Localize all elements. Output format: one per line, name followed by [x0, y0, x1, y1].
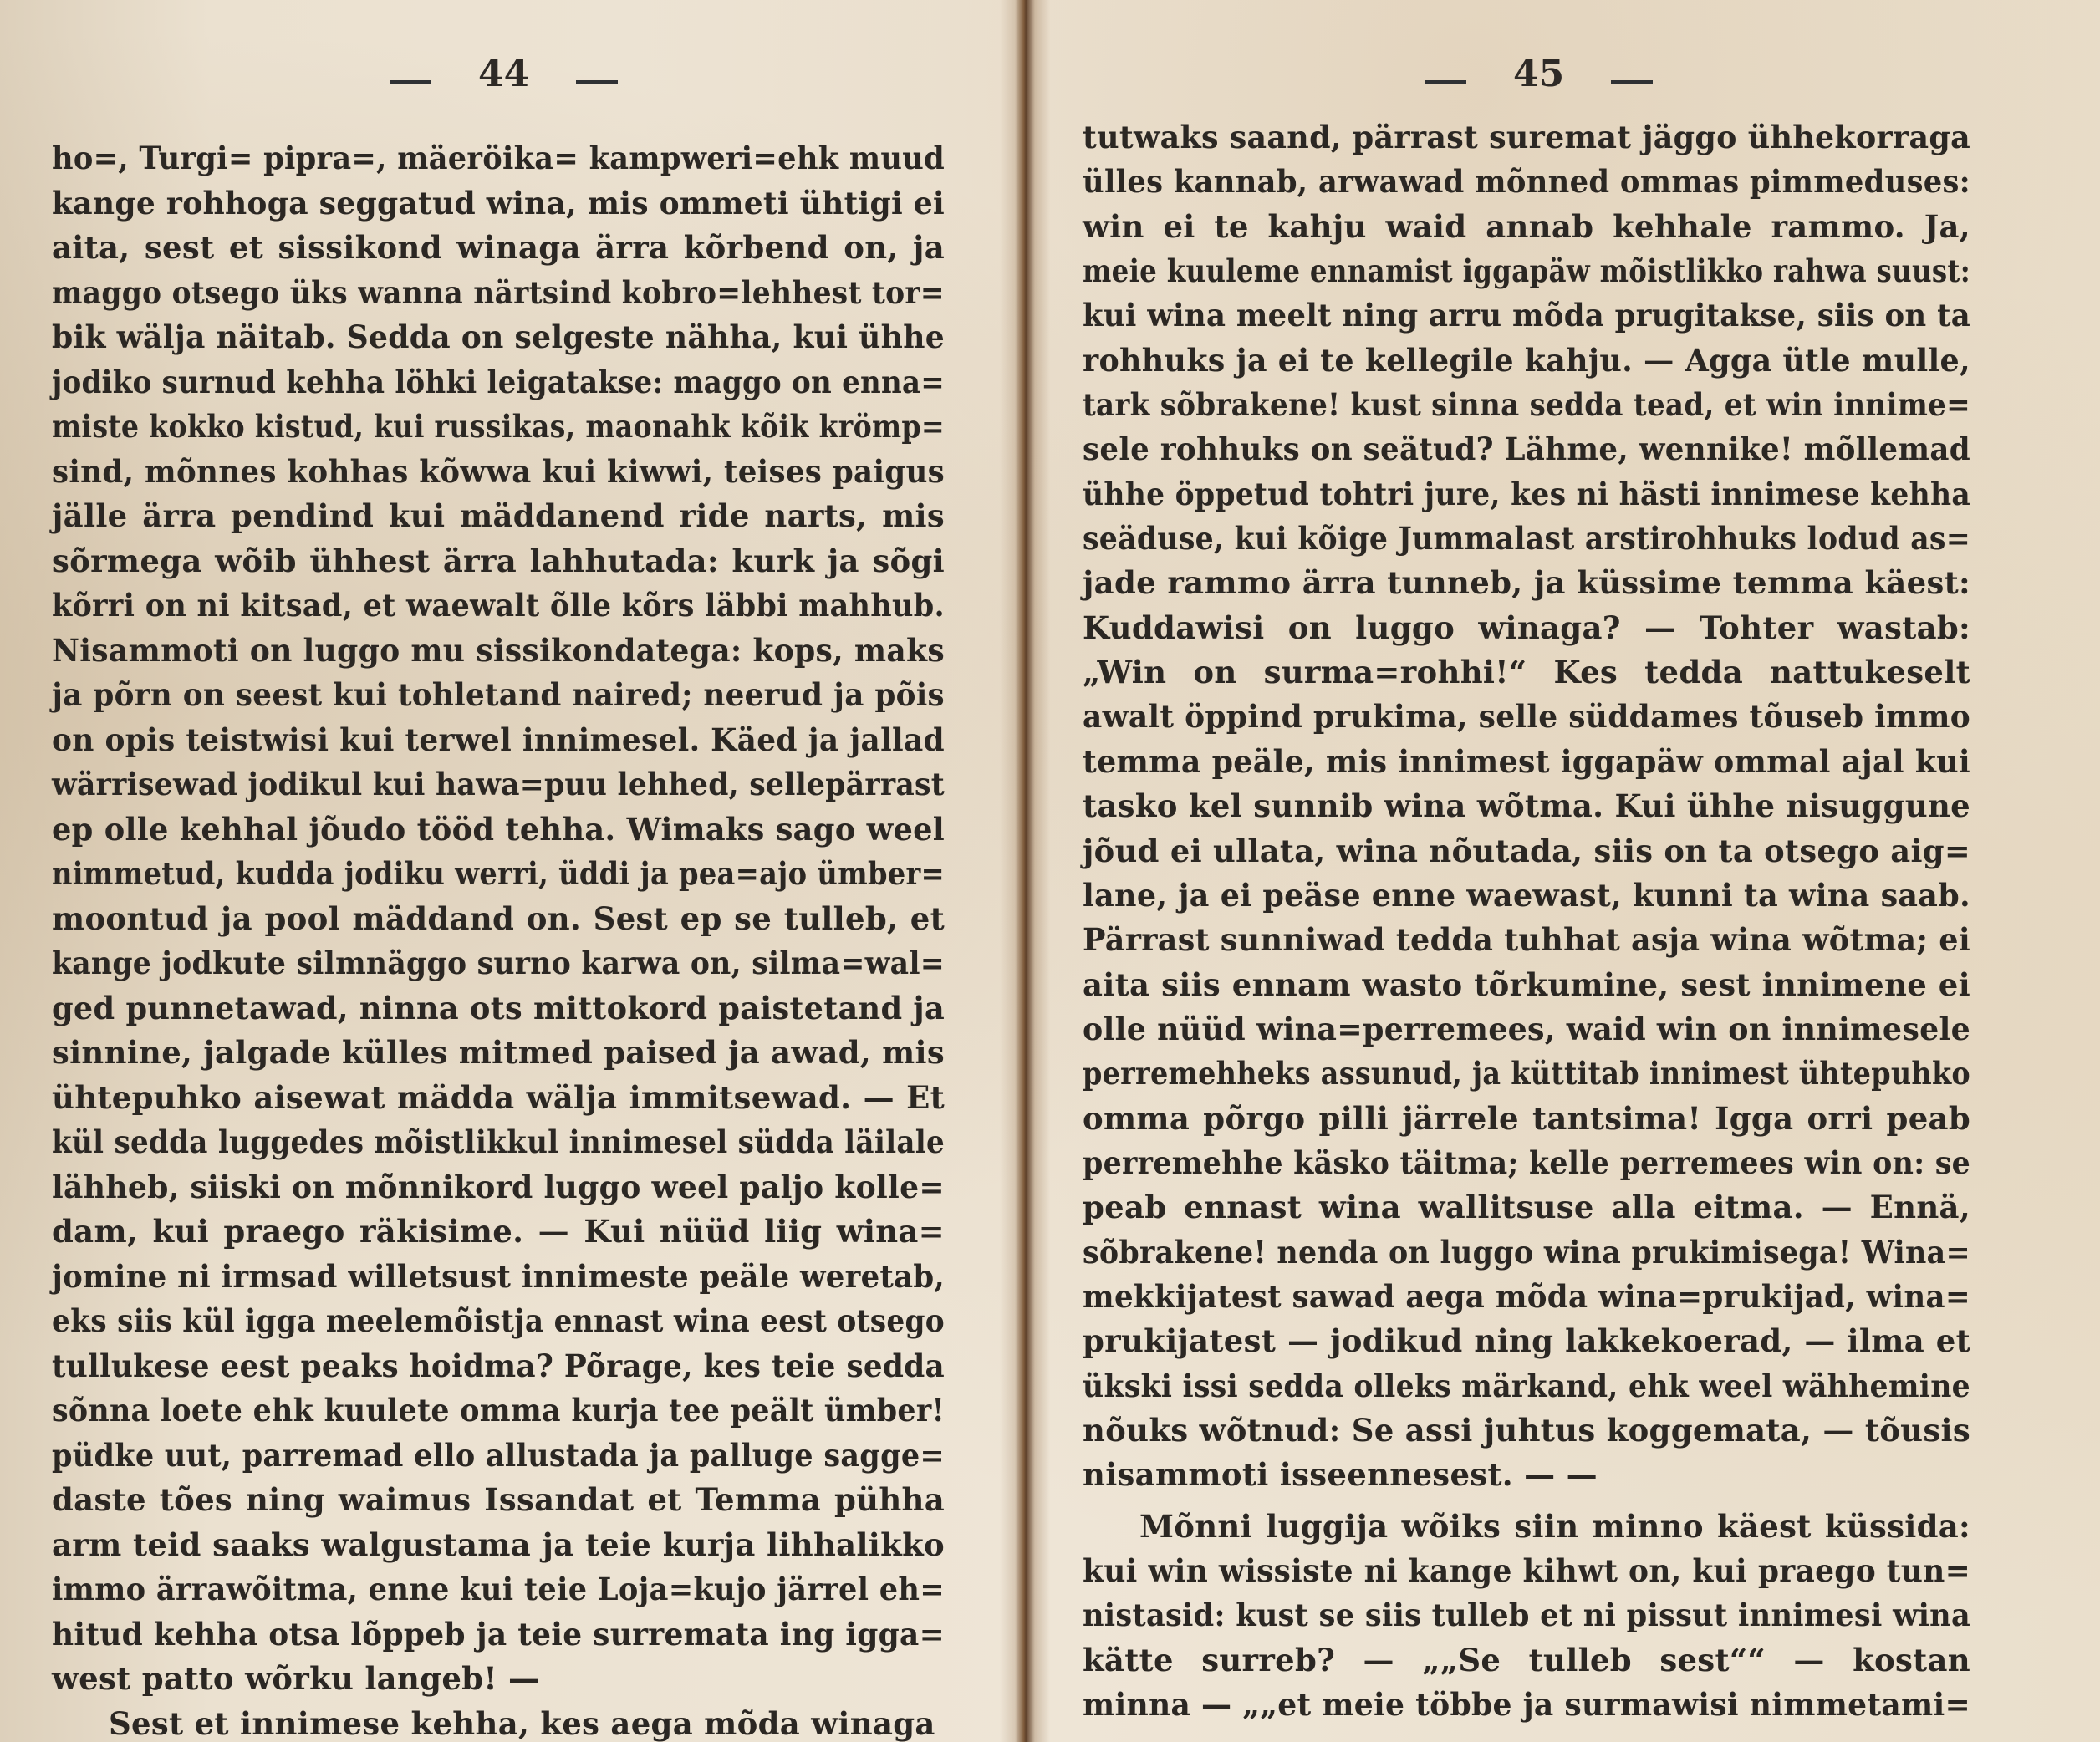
page-body-text: ho=, Turgi= pipra=, mäeröika= kampweri=e…	[52, 136, 945, 1742]
text-line: on opis teistwisi kui terwel innimesel. …	[52, 718, 945, 763]
text-line: seäduse, kui kõige Jummalast arstirohhuk…	[1083, 517, 1970, 561]
page-number-header: 45	[1425, 52, 1700, 95]
page-number-header: 44	[390, 52, 665, 95]
text-line: prukijatest — jodikud ning lakkekoerad, …	[1083, 1319, 1970, 1363]
text-line: sele rohhuks on seätud? Lähme, wennike! …	[1083, 427, 1970, 471]
text-line: kange rohhoga seggatud wina, mis ommeti …	[52, 181, 945, 227]
text-line: nimmetud, kudda jodiku werri, üddi ja pe…	[52, 852, 945, 897]
text-line: sinnine, jalgade külles mitmed paised ja…	[52, 1031, 945, 1076]
text-line: daste tões ning waimus Issandat et Temma…	[52, 1478, 945, 1523]
text-line: maggo otsego üks wanna närtsind kobro=le…	[52, 271, 945, 316]
right-page: 45 tutwaks saand, pärrast suremat jäggo …	[1032, 0, 2100, 1742]
text-line: peab ennast wina wallitsuse alla eitma. …	[1083, 1185, 1970, 1230]
text-line: lähheb, siiski on mõnnikord luggo weel p…	[52, 1165, 945, 1210]
text-line: kange jodkute silmnäggo surno karwa on, …	[52, 941, 945, 986]
text-line: sõrmega wõib ühhest ärra lahhutada: kurk…	[52, 539, 945, 584]
text-line: kui win wissiste ni kange kihwt on, kui …	[1083, 1549, 1970, 1593]
text-line: aita, sest et sissikond winaga ärra kõrb…	[52, 226, 945, 271]
text-line: eks siis kül igga meelemõistja ennast wi…	[52, 1299, 945, 1344]
text-line: dam, kui praego räkisime. — Kui nüüd lii…	[52, 1210, 945, 1255]
text-line: jõud ei ullata, wina nõutada, siis on ta…	[1083, 829, 1970, 874]
left-page: 44 ho=, Turgi= pipra=, mäeröika= kampwer…	[0, 0, 1017, 1742]
text-line: kui wina meelt ning arru mõda prugitakse…	[1083, 293, 1970, 338]
text-line: jomine ni irmsad willetsust innimeste pe…	[52, 1255, 945, 1300]
text-line: tutwaks saand, pärrast suremat jäggo ühh…	[1083, 115, 1970, 160]
text-line: kõrri on ni kitsad, et waewalt õlle kõrs…	[52, 583, 945, 629]
text-line: perremehhe käsko täitma; kelle perremees…	[1083, 1141, 1970, 1185]
text-line: moontud ja pool mäddand on. Sest ep se t…	[52, 897, 945, 942]
text-line: ülles kannab, arwawad mõnned ommas pimme…	[1083, 160, 1970, 204]
text-line: awalt öppind prukima, selle süddames tõu…	[1083, 695, 1970, 739]
page-body-text: tutwaks saand, pärrast suremat jäggo ühh…	[1083, 115, 1970, 1727]
dash-ornament	[576, 80, 618, 84]
text-line: jade rammo ärra tunneb, ja küssime temma…	[1083, 561, 1970, 605]
text-line: ühtepuhko aisewat mädda wälja immitsewad…	[52, 1076, 945, 1121]
text-line: miste kokko kistud, kui russikas, maonah…	[52, 405, 945, 450]
text-line: arm teid saaks walgustama ja teie kurja …	[52, 1523, 945, 1568]
text-line: Sest et innimese kehha, kes aega mõda wi…	[52, 1702, 945, 1742]
text-line: kül sedda luggedes mõistlikkul innimesel…	[52, 1120, 945, 1165]
text-line: ged punnetawad, ninna ots mittokord pais…	[52, 986, 945, 1031]
text-line: „Win on surma=rohhi!“ Kes tedda nattukes…	[1083, 650, 1970, 695]
text-line: nisammoti isseennesest. — —	[1083, 1453, 1970, 1497]
text-line: ükski issi sedda olleks märkand, ehk wee…	[1083, 1364, 1970, 1408]
text-line: jälle ärra pendind kui mäddanend ride na…	[52, 494, 945, 539]
text-line: aita siis ennam wasto tõrkumine, sest in…	[1083, 963, 1970, 1007]
dash-ornament	[390, 80, 431, 84]
page-number: 45	[1513, 53, 1564, 95]
text-line: bik wälja näitab. Sedda on selgeste nähh…	[52, 315, 945, 360]
text-line: wärrisewad jodikul kui hawa=puu lehhed, …	[52, 762, 945, 807]
book-spread: 44 ho=, Turgi= pipra=, mäeröika= kampwer…	[0, 0, 2100, 1742]
text-line: ho=, Turgi= pipra=, mäeröika= kampweri=e…	[52, 136, 945, 181]
text-line: sõnna loete ehk kuulete omma kurja tee p…	[52, 1388, 945, 1434]
text-line: tullukese eest peaks hoidma? Põrage, kes…	[52, 1344, 945, 1389]
text-line: ja põrn on seest kui tohletand naired; n…	[52, 673, 945, 718]
text-line: meie kuuleme ennamist iggapäw mõistlikko…	[1083, 249, 1970, 293]
text-line: olle nüüd wina=perremees, waid win on in…	[1083, 1007, 1970, 1052]
text-line: tark sõbrakene! kust sinna sedda tead, e…	[1083, 383, 1970, 427]
text-line: Mõnni luggija wõiks siin minno käest küs…	[1083, 1505, 1970, 1549]
text-line: ep olle kehhal jõudo tööd tehha. Wimaks …	[52, 807, 945, 853]
text-line: immo ärrawõitma, enne kui teie Loja=kujo…	[52, 1567, 945, 1612]
text-line: mekkijatest sawad aega mõda wina=prukija…	[1083, 1275, 1970, 1319]
text-line: Pärrast sunniwad tedda tuhhat asja wina …	[1083, 918, 1970, 962]
text-line: püdke uut, parremad ello allustada ja pa…	[52, 1434, 945, 1479]
text-line: rohhuks ja ei te kellegile kahju. — Agga…	[1083, 339, 1970, 383]
text-line: jodiko surnud kehha löhki leigatakse: ma…	[52, 360, 945, 405]
text-line: nistasid: kust se siis tulleb et ni piss…	[1083, 1593, 1970, 1638]
dash-ornament	[1425, 80, 1466, 84]
dash-ornament	[1611, 80, 1653, 84]
text-line: hitud kehha otsa lõppeb ja teie surremat…	[52, 1612, 945, 1658]
text-line: sõbrakene! nenda on luggo wina prukimise…	[1083, 1230, 1970, 1275]
text-line: west patto wõrku langeb! —	[52, 1657, 945, 1702]
text-line: sind, mõnnes kohhas kõwwa kui kiwwi, tei…	[52, 450, 945, 495]
text-line: tasko kel sunnib wina wõtma. Kui ühhe ni…	[1083, 784, 1970, 828]
text-line: omma põrgo pilli järrele tantsima! Igga …	[1083, 1097, 1970, 1141]
text-line: minna — „„et meie többe ja surmawisi nim…	[1083, 1683, 1970, 1727]
text-line: perremehheks assunud, ja küttitab innime…	[1083, 1052, 1970, 1096]
text-line: kätte surreb? — „„Se tulleb sest““ — kos…	[1083, 1638, 1970, 1683]
text-line: win ei te kahju waid annab kehhale rammo…	[1083, 205, 1970, 249]
page-number: 44	[478, 53, 529, 95]
text-line: nõuks wõtnud: Se assi juhtus koggemata, …	[1083, 1408, 1970, 1453]
text-line: Kuddawisi on luggo winaga? — Tohter wast…	[1083, 606, 1970, 650]
text-line: Nisammoti on luggo mu sissikondatega: ko…	[52, 629, 945, 674]
text-line: temma peäle, mis innimest iggapäw ommal …	[1083, 740, 1970, 784]
text-line: lane, ja ei peäse enne waewast, kunni ta…	[1083, 874, 1970, 918]
text-line: ühhe öppetud tohtri jure, kes ni hästi i…	[1083, 472, 1970, 517]
